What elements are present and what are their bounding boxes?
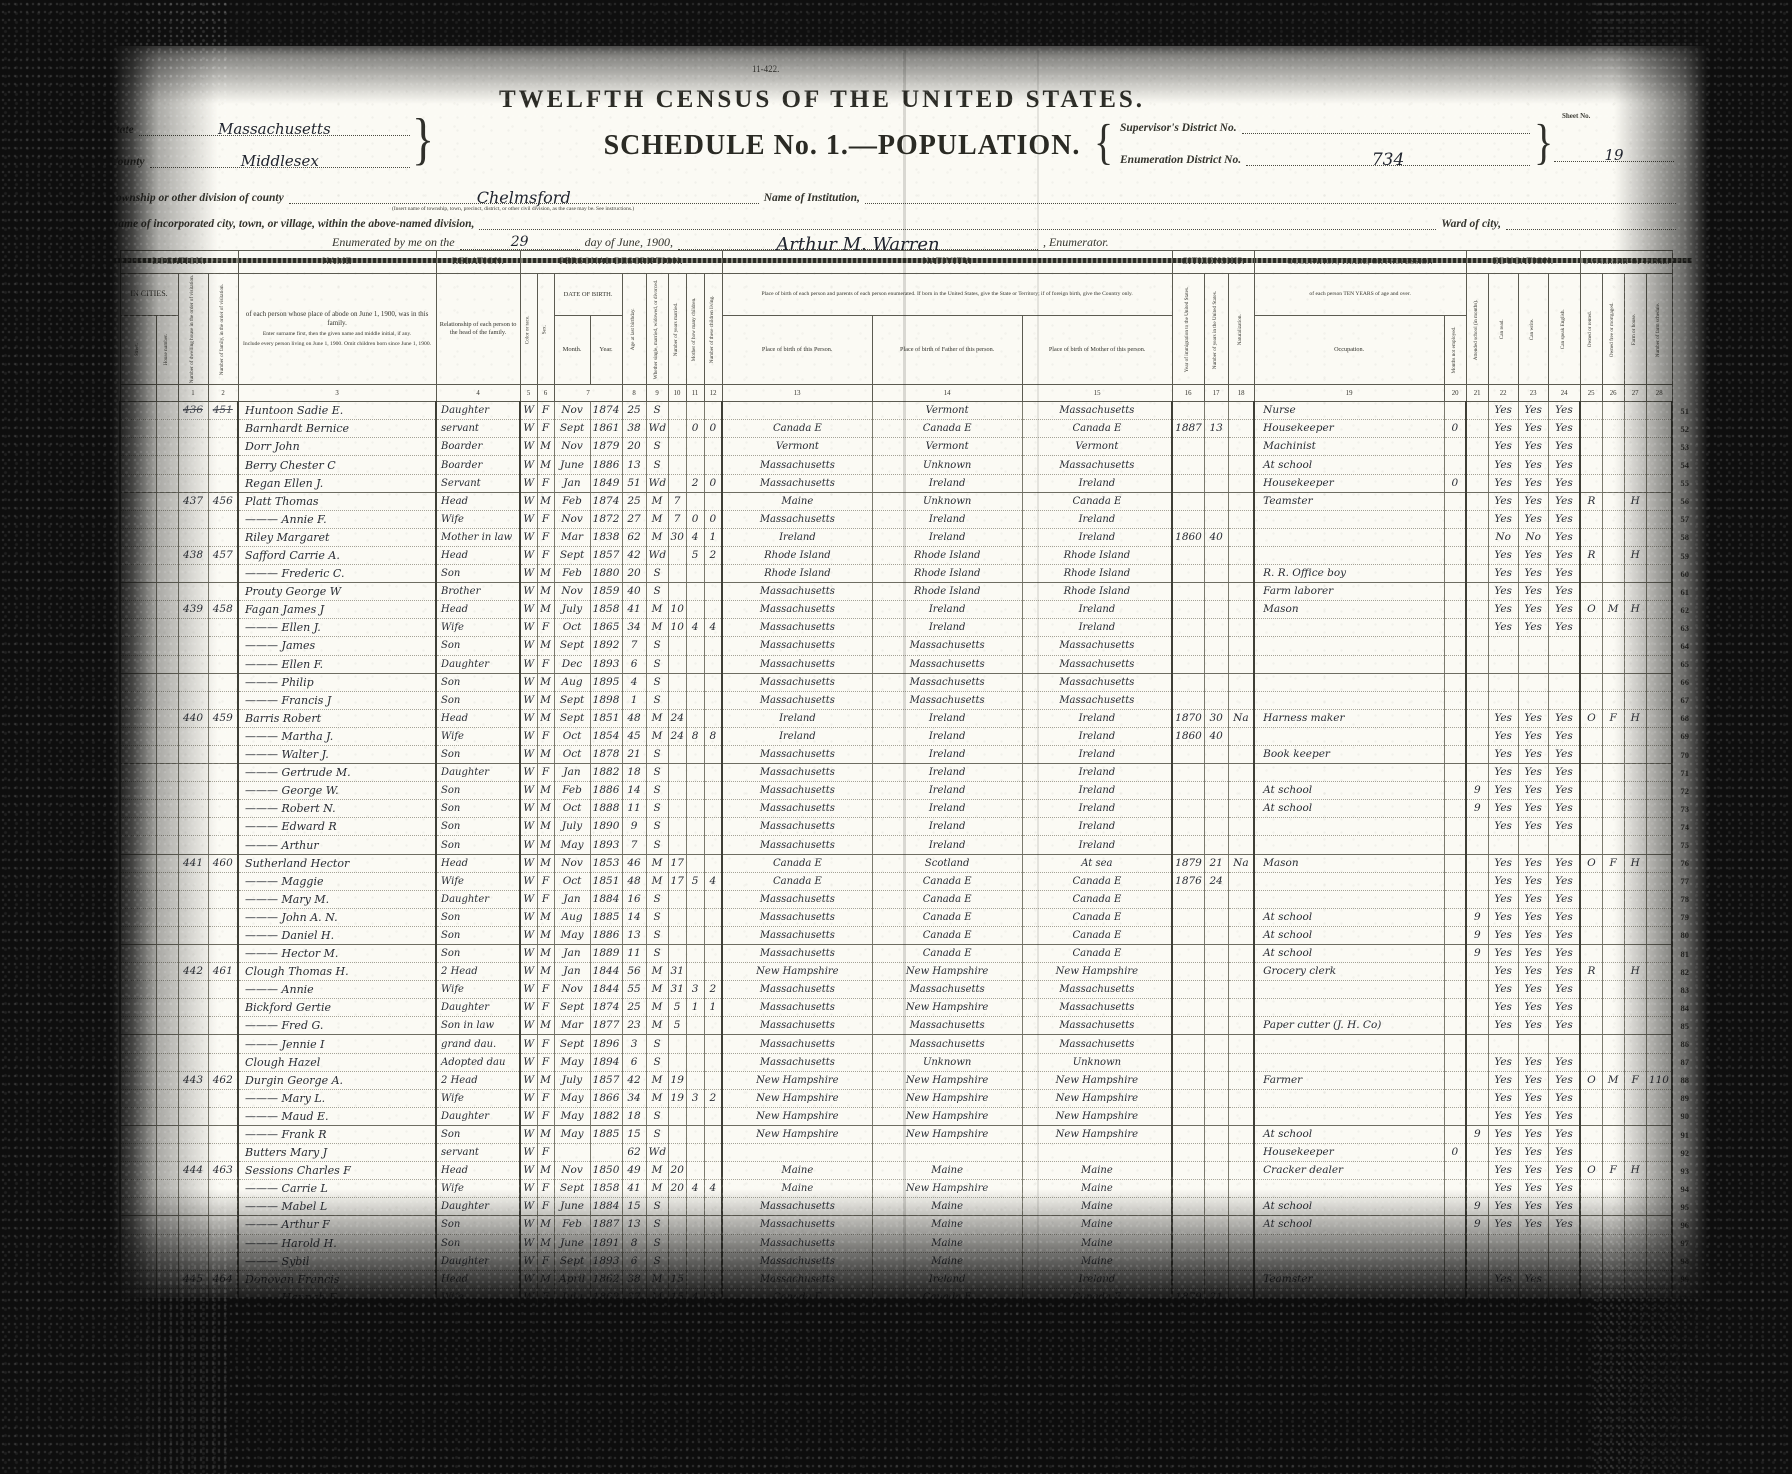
cell-year: 1891 <box>590 1234 622 1252</box>
cell-yus <box>1204 1198 1228 1216</box>
cell-pm: Ireland <box>1022 619 1172 637</box>
cell-name: Fagan James J <box>238 601 436 619</box>
cell-own <box>1580 926 1602 944</box>
cell-imm: 1860 <box>1172 727 1204 745</box>
cell-month: Sept <box>554 1035 590 1053</box>
cell-fs <box>1646 1089 1672 1107</box>
cell-ym <box>668 1053 686 1071</box>
cell-eng: Yes <box>1548 1144 1580 1162</box>
cell-pf: Scotland <box>872 854 1022 872</box>
col-header-free-mortgaged: Owned free or mortgaged. <box>1602 274 1624 385</box>
cell-dwell <box>178 926 208 944</box>
cell-year: 1850 <box>590 1162 622 1180</box>
cell-month: Nov <box>554 438 590 456</box>
cell-read: Yes <box>1488 565 1518 583</box>
cell-year: 1890 <box>590 818 622 836</box>
cell-own <box>1580 1270 1602 1288</box>
cell-cl <box>704 908 722 926</box>
cell-eng: Yes <box>1548 1180 1580 1198</box>
cell-year: 1885 <box>590 908 622 926</box>
cell-fam <box>208 583 238 601</box>
cell-nat <box>1228 745 1254 763</box>
cell-ym <box>668 1198 686 1216</box>
cell-yus <box>1204 583 1228 601</box>
cell-pob: Massachusetts <box>722 1252 872 1270</box>
cell-sch: 9 <box>1466 926 1488 944</box>
cell-read <box>1488 1288 1518 1307</box>
cell-fm <box>1602 836 1624 854</box>
cell-year: 1885 <box>590 1125 622 1143</box>
cell-sex: F <box>537 474 554 492</box>
cell-read: Yes <box>1488 908 1518 926</box>
cell-write: Yes <box>1518 601 1548 619</box>
cell-nat: Na <box>1228 854 1254 872</box>
cell-street <box>120 945 156 963</box>
cell-name: ——— John A. N. <box>238 908 436 926</box>
cell-ym <box>668 764 686 782</box>
cell-rel: Daughter <box>436 999 520 1017</box>
cell-name: ——— Maggie <box>238 872 436 890</box>
cell-street <box>120 528 156 546</box>
cell-street <box>120 764 156 782</box>
cell-yus <box>1204 782 1228 800</box>
cell-mc <box>686 1234 704 1252</box>
cell-pm: Massachusetts <box>1022 673 1172 691</box>
cell-name: Durgin George A. <box>238 1071 436 1089</box>
line-number: 60 <box>96 565 120 583</box>
cell-age: 34 <box>622 619 646 637</box>
cell-fam <box>208 619 238 637</box>
cell-eng: Yes <box>1548 402 1580 420</box>
cell-name: Platt Thomas <box>238 492 436 510</box>
cell-mne <box>1444 872 1466 890</box>
cell-month: Oct <box>554 745 590 763</box>
cell-write <box>1518 836 1548 854</box>
cell-eng: Yes <box>1548 890 1580 908</box>
cell-imm <box>1172 1198 1204 1216</box>
line-number: 87 <box>1672 1053 1696 1071</box>
cell-nat <box>1228 963 1254 981</box>
cell-occ: At school <box>1254 1125 1444 1143</box>
cell-fam <box>208 1089 238 1107</box>
cell-write: Yes <box>1518 908 1548 926</box>
cell-cl <box>704 709 722 727</box>
cell-month: Dec <box>554 655 590 673</box>
cell-eng: Yes <box>1548 1053 1580 1071</box>
col-header-can-read: Can read. <box>1488 274 1518 385</box>
cell-occ <box>1254 872 1444 890</box>
cell-mar: M <box>646 492 668 510</box>
cell-cl: 8 <box>704 727 722 745</box>
cell-color: W <box>520 745 537 763</box>
cell-rel: Daughter <box>436 655 520 673</box>
cell-mne <box>1444 1270 1466 1288</box>
cell-rel: Head <box>436 709 520 727</box>
cell-fs: 110 <box>1646 1071 1672 1089</box>
line-number: 98 <box>1672 1252 1696 1270</box>
line-number: 77 <box>96 872 120 890</box>
township-value: Chelmsford <box>289 188 759 204</box>
cell-write: No <box>1518 528 1548 546</box>
census-row: 84Bickford GertieDaughterWFSept187425M51… <box>96 999 1696 1017</box>
col-num-imm: 16 <box>1172 385 1204 402</box>
col-header-pob-father: Place of birth of Father of this person. <box>872 315 1022 384</box>
cell-fam <box>208 836 238 854</box>
col-header-name-description: of each person whose place of abode on J… <box>238 274 436 385</box>
cell-fs <box>1646 926 1672 944</box>
cell-dwell: 437 <box>178 492 208 510</box>
cell-age: 7 <box>622 836 646 854</box>
cell-mc <box>686 782 704 800</box>
cell-pob: Massachusetts <box>722 999 872 1017</box>
cell-sch <box>1466 1234 1488 1252</box>
cell-house <box>156 474 178 492</box>
cell-age: 51 <box>622 474 646 492</box>
cell-street <box>120 836 156 854</box>
line-number: 55 <box>96 474 120 492</box>
cell-pf: Canada E <box>872 890 1022 908</box>
cell-fh <box>1624 872 1646 890</box>
cell-street <box>120 1252 156 1270</box>
cell-yus <box>1204 601 1228 619</box>
cell-fm <box>1602 1270 1624 1288</box>
line-number: 56 <box>1672 492 1696 510</box>
enumeration-district-label: Enumeration District No. <box>1120 154 1241 166</box>
cell-color: W <box>520 1107 537 1125</box>
cell-fam <box>208 420 238 438</box>
cell-fam <box>208 800 238 818</box>
cell-pob: Massachusetts <box>722 1216 872 1234</box>
cell-cl <box>704 745 722 763</box>
cell-ym <box>668 945 686 963</box>
cell-fs <box>1646 745 1672 763</box>
cell-mc <box>686 492 704 510</box>
cell-sch <box>1466 872 1488 890</box>
cell-pf: Ireland <box>872 474 1022 492</box>
cell-pf: Canada E <box>872 926 1022 944</box>
cell-nat <box>1228 1053 1254 1071</box>
cell-mne: 0 <box>1444 474 1466 492</box>
cell-fh: H <box>1624 854 1646 872</box>
cell-fm <box>1602 890 1624 908</box>
cell-fs <box>1646 1180 1672 1198</box>
cell-sex: M <box>537 583 554 601</box>
cell-yus <box>1204 1180 1228 1198</box>
cell-read: Yes <box>1488 800 1518 818</box>
col-num-mc: 11 <box>686 385 704 402</box>
cell-yus <box>1204 1089 1228 1107</box>
cell-fh: H <box>1624 963 1646 981</box>
cell-color: W <box>520 510 537 528</box>
cell-pob: Massachusetts <box>722 456 872 474</box>
cell-fs <box>1646 619 1672 637</box>
cell-year: 1859 <box>590 583 622 601</box>
line-number: 61 <box>1672 583 1696 601</box>
cell-fm <box>1602 673 1624 691</box>
cell-yus <box>1204 818 1228 836</box>
cell-yus <box>1204 764 1228 782</box>
cell-pf: Unknown <box>872 1053 1022 1071</box>
cell-pf: Massachusetts <box>872 1035 1022 1053</box>
col-header-year: Year. <box>590 315 622 384</box>
cell-imm <box>1172 1071 1204 1089</box>
cell-occ <box>1254 1035 1444 1053</box>
cell-fh <box>1624 1125 1646 1143</box>
cell-eng: Yes <box>1548 999 1580 1017</box>
cell-mc <box>686 1017 704 1035</box>
cell-dwell <box>178 999 208 1017</box>
line-number: 76 <box>1672 854 1696 872</box>
cell-fs <box>1646 546 1672 564</box>
cell-eng: Yes <box>1548 709 1580 727</box>
cell-street <box>120 565 156 583</box>
cell-mar: M <box>646 1288 668 1307</box>
cell-nat <box>1228 782 1254 800</box>
cell-rel: Servant <box>436 474 520 492</box>
cell-yus <box>1204 402 1228 420</box>
line-number: 81 <box>1672 945 1696 963</box>
cell-age: 23 <box>622 1017 646 1035</box>
page-title: TWELFTH CENSUS OF THE UNITED STATES. <box>92 86 1552 114</box>
line-number: 69 <box>1672 727 1696 745</box>
col-num-pf: 14 <box>872 385 1022 402</box>
cell-rel: Daughter <box>436 1252 520 1270</box>
cell-pob: Maine <box>722 1162 872 1180</box>
cell-nat <box>1228 1125 1254 1143</box>
cell-fam <box>208 872 238 890</box>
cell-fs <box>1646 492 1672 510</box>
cell-street <box>120 583 156 601</box>
cell-mne <box>1444 999 1466 1017</box>
cell-mc <box>686 764 704 782</box>
line-number: 74 <box>1672 818 1696 836</box>
cell-fm <box>1602 1107 1624 1125</box>
line-number: 55 <box>1672 474 1696 492</box>
cell-street <box>120 800 156 818</box>
cell-ym: 7 <box>668 510 686 528</box>
cell-fm <box>1602 1252 1624 1270</box>
cell-fam <box>208 1035 238 1053</box>
col-num-cl: 12 <box>704 385 722 402</box>
cell-sex: M <box>537 800 554 818</box>
cell-name: ——— Arthur F <box>238 1216 436 1234</box>
cell-cl <box>704 1144 722 1162</box>
cell-pob: Maine <box>722 492 872 510</box>
cell-sex: F <box>537 1035 554 1053</box>
cell-pf: Ireland <box>872 1270 1022 1288</box>
cell-yus: 21 <box>1204 1288 1228 1307</box>
cell-ym: 10 <box>668 619 686 637</box>
cell-mc <box>686 926 704 944</box>
col-header-owned-rented: Owned or rented. <box>1580 274 1602 385</box>
cell-pm: Massachusetts <box>1022 402 1172 420</box>
cell-yus <box>1204 800 1228 818</box>
cell-pm: Rhode Island <box>1022 546 1172 564</box>
cell-cl: 2 <box>704 1089 722 1107</box>
cell-fm: M <box>1602 1071 1624 1089</box>
cell-ym <box>668 1125 686 1143</box>
cell-occ <box>1254 1053 1444 1071</box>
cell-fh <box>1624 583 1646 601</box>
cell-pm: Ireland <box>1022 1270 1172 1288</box>
cell-own <box>1580 1288 1602 1307</box>
cell-house <box>156 727 178 745</box>
cell-write: Yes <box>1518 1053 1548 1071</box>
line-number: 83 <box>96 981 120 999</box>
cell-street <box>120 1162 156 1180</box>
cell-pm: Unknown <box>1022 1053 1172 1071</box>
col-group-education: EDUCATION. <box>1466 251 1580 274</box>
cell-year: 1894 <box>590 1053 622 1071</box>
cell-color: W <box>520 619 537 637</box>
cell-month: Jan <box>554 945 590 963</box>
census-row: 72——— George W.SonWMFeb188614SMassachuse… <box>96 782 1696 800</box>
cell-fam <box>208 691 238 709</box>
cell-name: ——— Ellen J. <box>238 619 436 637</box>
cell-mne <box>1444 1017 1466 1035</box>
cell-street <box>120 438 156 456</box>
cell-pm: New Hampshire <box>1022 1071 1172 1089</box>
cell-ym: 7 <box>668 492 686 510</box>
cell-fm: F <box>1602 1162 1624 1180</box>
census-row: 68440459Barris RobertHeadWMSept185148M24… <box>96 709 1696 727</box>
cell-age: 25 <box>622 492 646 510</box>
cell-street <box>120 637 156 655</box>
line-number: 64 <box>1672 637 1696 655</box>
cell-ym: 31 <box>668 963 686 981</box>
cell-pm: Ireland <box>1022 782 1172 800</box>
cell-year: 1844 <box>590 963 622 981</box>
line-number: 81 <box>96 945 120 963</box>
cell-own <box>1580 836 1602 854</box>
cell-own <box>1580 420 1602 438</box>
cell-read: Yes <box>1488 456 1518 474</box>
cell-house <box>156 1144 178 1162</box>
cell-cl: 1 <box>704 528 722 546</box>
cell-read: Yes <box>1488 890 1518 908</box>
cell-sex: M <box>537 926 554 944</box>
cell-fm <box>1602 402 1624 420</box>
institution-label: Name of Institution, <box>764 192 860 204</box>
cell-fs <box>1646 727 1672 745</box>
line-number: 66 <box>96 673 120 691</box>
cell-cl <box>704 1252 722 1270</box>
cell-write: Yes <box>1518 999 1548 1017</box>
census-row: 59438457Safford Carrie A.HeadWFSept18574… <box>96 546 1696 564</box>
cell-fs <box>1646 1144 1672 1162</box>
cell-month: Sept <box>554 691 590 709</box>
cell-eng <box>1548 1270 1580 1288</box>
cell-occ: Grocery clerk <box>1254 963 1444 981</box>
county-line: County Middlesex <box>110 152 410 168</box>
cell-imm <box>1172 673 1204 691</box>
cell-street <box>120 926 156 944</box>
cell-imm <box>1172 890 1204 908</box>
cell-mne <box>1444 818 1466 836</box>
cell-read: Yes <box>1488 818 1518 836</box>
cell-own <box>1580 637 1602 655</box>
cell-name: ——— Jennie I <box>238 1035 436 1053</box>
cell-occ <box>1254 637 1444 655</box>
cell-mne <box>1444 963 1466 981</box>
cell-dwell: 445 <box>178 1270 208 1288</box>
cell-fam <box>208 1216 238 1234</box>
cell-fh <box>1624 420 1646 438</box>
cell-house <box>156 872 178 890</box>
cell-color: W <box>520 1125 537 1143</box>
cell-yus: 13 <box>1204 420 1228 438</box>
census-rows: 51436451Huntoon Sadie E.DaughterWFNov187… <box>96 402 1696 1307</box>
cell-pf: Maine <box>872 1216 1022 1234</box>
cell-ym <box>668 908 686 926</box>
census-row: 100——— Hannah EWifeWFJuly186237M1543Cana… <box>96 1288 1696 1307</box>
cell-sex: F <box>537 1053 554 1071</box>
cell-pf: Maine <box>872 1198 1022 1216</box>
cell-eng: Yes <box>1548 764 1580 782</box>
cell-month: May <box>554 1089 590 1107</box>
cell-occ <box>1254 655 1444 673</box>
cell-dwell <box>178 872 208 890</box>
cell-write: Yes <box>1518 818 1548 836</box>
cell-rel: Head <box>436 546 520 564</box>
cell-write: Yes <box>1518 1071 1548 1089</box>
cell-cl <box>704 565 722 583</box>
cell-street <box>120 1180 156 1198</box>
cell-color: W <box>520 709 537 727</box>
cell-mc: 3 <box>686 1089 704 1107</box>
cell-read: Yes <box>1488 1017 1518 1035</box>
cell-age: 62 <box>622 528 646 546</box>
col-header-in-cities: IN CITIES. <box>120 274 178 316</box>
cell-fm <box>1602 637 1624 655</box>
cell-age: 13 <box>622 456 646 474</box>
cell-dwell: 436 <box>178 402 208 420</box>
census-row: 95——— Mabel LDaughterWFJune188415SMassac… <box>96 1198 1696 1216</box>
cell-write: Yes <box>1518 963 1548 981</box>
cell-fs <box>1646 583 1672 601</box>
cell-mne <box>1444 1288 1466 1307</box>
cell-age: 37 <box>622 1288 646 1307</box>
cell-fh <box>1624 619 1646 637</box>
cell-month: May <box>554 926 590 944</box>
cell-color: W <box>520 1053 537 1071</box>
cell-fs <box>1646 764 1672 782</box>
cell-fs <box>1646 565 1672 583</box>
cell-rel: Son <box>436 800 520 818</box>
cell-year: 1882 <box>590 1107 622 1125</box>
cell-occ: At school <box>1254 1216 1444 1234</box>
cell-mne <box>1444 1234 1466 1252</box>
cell-rel: 2 Head <box>436 1071 520 1089</box>
cell-yus <box>1204 926 1228 944</box>
cell-street <box>120 1198 156 1216</box>
cell-occ <box>1254 1234 1444 1252</box>
cell-street <box>120 691 156 709</box>
cell-own <box>1580 673 1602 691</box>
cell-color: W <box>520 492 537 510</box>
cell-eng <box>1548 637 1580 655</box>
col-header-years-married: Number of years married. <box>668 274 686 385</box>
cell-mc <box>686 945 704 963</box>
cell-rel: Son <box>436 782 520 800</box>
cell-imm <box>1172 818 1204 836</box>
cell-pob: Vermont <box>722 438 872 456</box>
cell-fs <box>1646 655 1672 673</box>
col-header-street: Street. <box>120 315 156 384</box>
cell-month: June <box>554 1198 590 1216</box>
cell-sex: F <box>537 890 554 908</box>
cell-mar: M <box>646 619 668 637</box>
